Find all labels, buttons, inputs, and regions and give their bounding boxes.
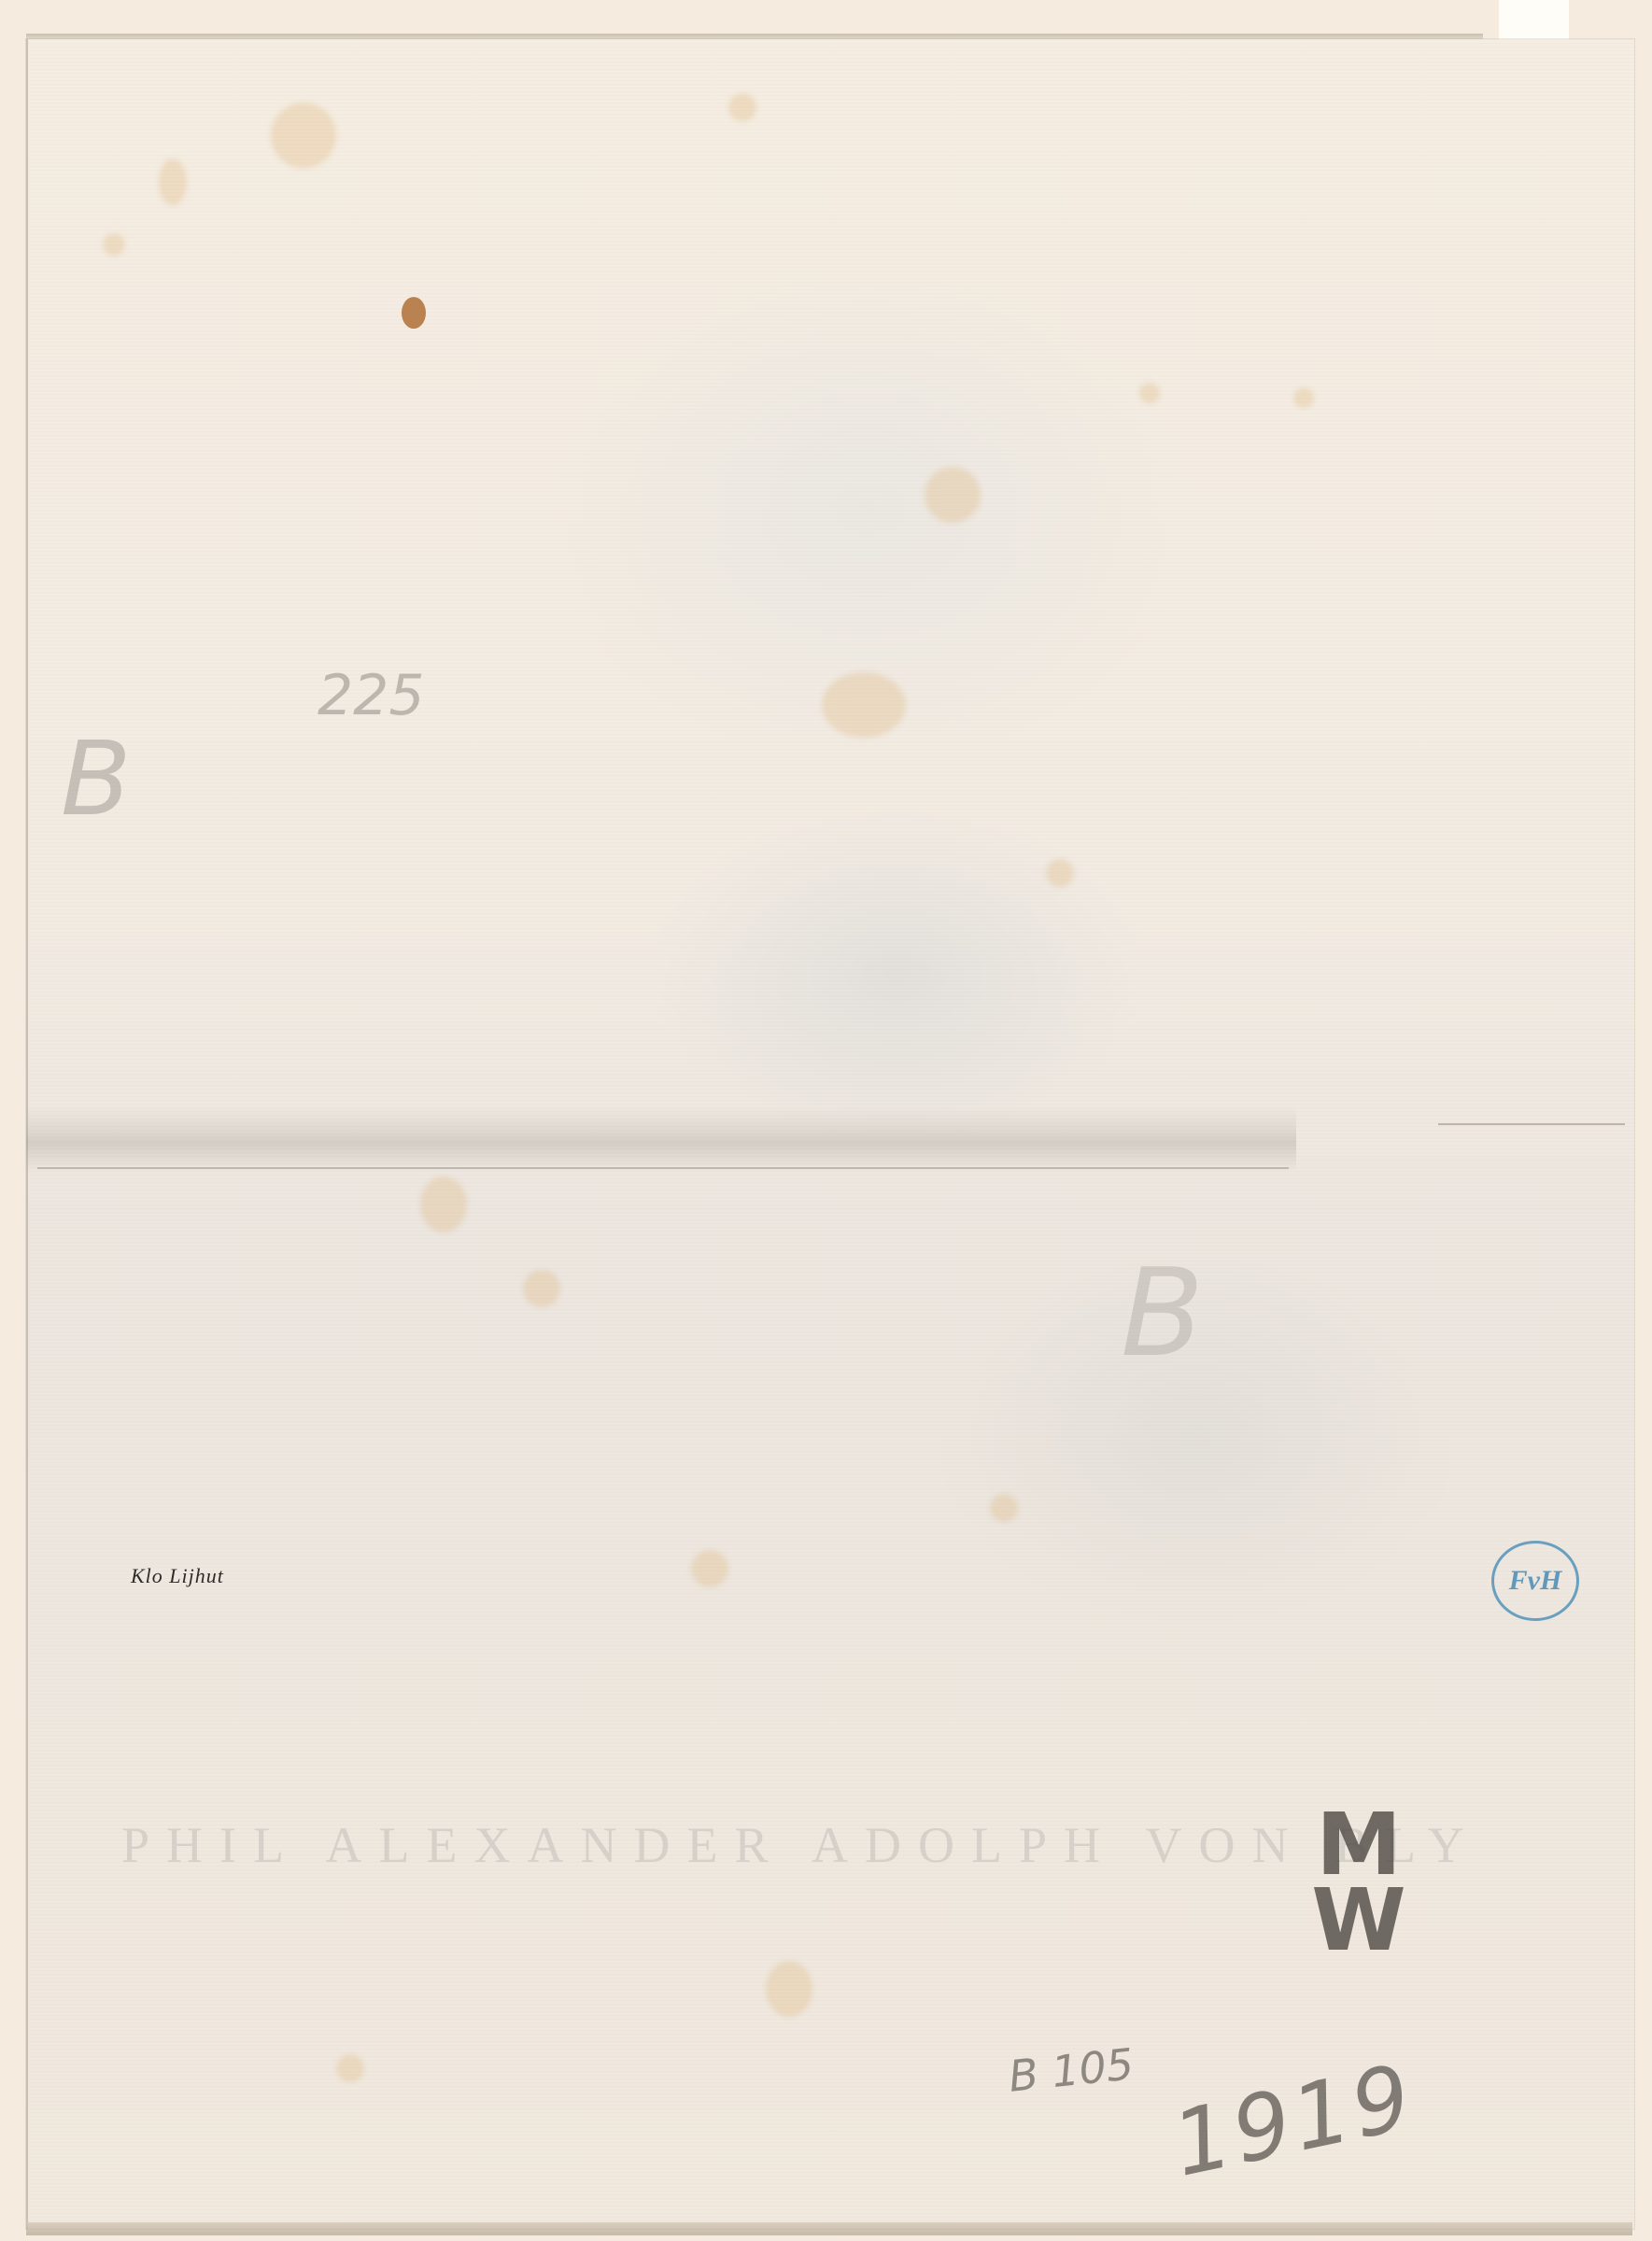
foxing-spot	[271, 103, 336, 168]
foxing-spot	[691, 1550, 728, 1587]
collector-stamp: FvH	[1491, 1541, 1579, 1621]
fold-line	[37, 1167, 1289, 1169]
ink-inscription: Klo Lijhut	[131, 1564, 224, 1588]
faint-pencil-letter-left: B	[61, 719, 131, 839]
foxing-spot	[336, 2054, 364, 2082]
foxing-spot	[523, 1270, 560, 1307]
foxing-spot	[1139, 383, 1160, 403]
show-through-text: PHIL ALEXANDER ADOLPH VON BLY	[121, 1816, 1429, 1882]
monogram-bottom-letter: W	[1298, 1882, 1419, 1960]
horizontal-fold	[26, 1106, 1296, 1172]
foxing-spot	[925, 467, 981, 523]
sheet-bottom-edge	[26, 2222, 1632, 2235]
foxing-spot	[402, 297, 426, 329]
monogram-stamp: M W	[1298, 1807, 1419, 1960]
collector-stamp-text: FvH	[1509, 1565, 1562, 1597]
edge-tick-mark	[1438, 1123, 1625, 1125]
foxing-spot	[1046, 859, 1074, 887]
foxing-spot	[103, 233, 125, 256]
faint-pencil-letter-right: B	[1121, 1242, 1204, 1384]
foxing-spot	[822, 672, 906, 738]
foxing-spot	[1293, 388, 1314, 408]
foxing-spot	[728, 93, 756, 121]
faint-pencil-number: 225	[318, 663, 425, 728]
foxing-spot	[990, 1494, 1018, 1522]
foxing-spot	[159, 159, 187, 205]
foxing-spot	[766, 1961, 812, 2017]
foxing-spot	[420, 1177, 467, 1233]
